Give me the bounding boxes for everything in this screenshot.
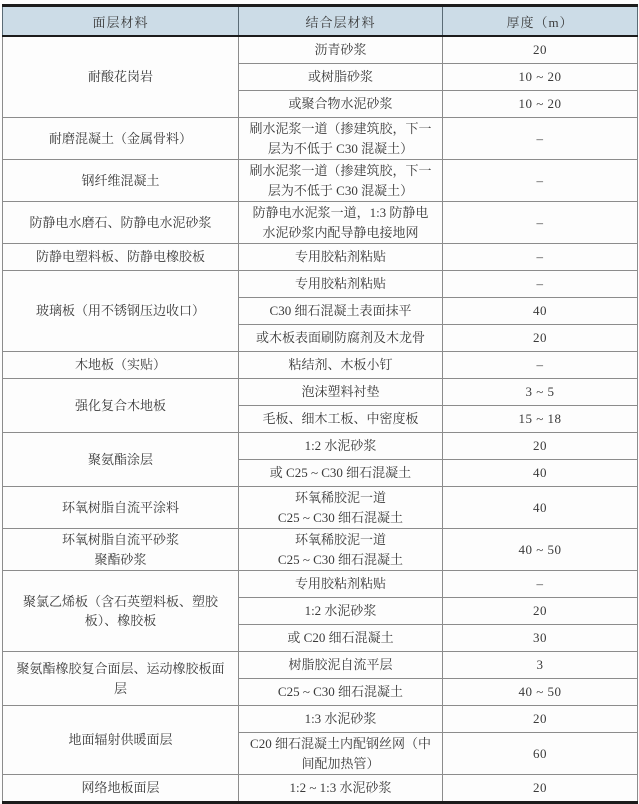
table-row: 聚氨酯涂层1:2 水泥砂浆20 bbox=[3, 433, 638, 460]
bonding-material-cell: C25 ~ C30 细石混凝土 bbox=[239, 679, 443, 706]
thickness-cell: – bbox=[443, 571, 638, 598]
surface-material-cell: 地面辐射供暖面层 bbox=[3, 706, 239, 775]
bonding-material-cell: 树脂胶泥自流平层 bbox=[239, 652, 443, 679]
document-page: 面层材料 结合层材料 厚度（m） 耐酸花岗岩沥青砂浆20或树脂砂浆10 ~ 20… bbox=[0, 0, 639, 755]
bonding-material-cell: 毛板、细木工板、中密度板 bbox=[239, 406, 443, 433]
table-row: 耐酸花岗岩沥青砂浆20 bbox=[3, 36, 638, 64]
bonding-material-cell: 环氧稀胶泥一道 C25 ~ C30 细石混凝土 bbox=[239, 487, 443, 529]
surface-material-cell: 耐磨混凝土（金属骨料） bbox=[3, 118, 239, 160]
thickness-cell: 10 ~ 20 bbox=[443, 64, 638, 91]
bonding-material-cell: 1:2 水泥砂浆 bbox=[239, 598, 443, 625]
table-row: 聚氨酯橡胶复合面层、运动橡胶板面层树脂胶泥自流平层3 bbox=[3, 652, 638, 679]
table-row: 地面辐射供暖面层1:3 水泥砂浆20 bbox=[3, 706, 638, 733]
table-header: 面层材料 结合层材料 厚度（m） bbox=[3, 6, 638, 37]
surface-material-cell: 网络地板面层 bbox=[3, 775, 239, 803]
surface-material-cell: 环氧树脂自流平砂浆 聚酯砂浆 bbox=[3, 529, 239, 571]
bonding-material-cell: 专用胶粘剂粘贴 bbox=[239, 571, 443, 598]
bonding-material-cell: 或木板表面刷防腐剂及木龙骨 bbox=[239, 325, 443, 352]
table-row: 玻璃板（用不锈钢压边收口）专用胶粘剂粘贴– bbox=[3, 271, 638, 298]
table-row: 环氧树脂自流平砂浆 聚酯砂浆环氧稀胶泥一道 C25 ~ C30 细石混凝土40 … bbox=[3, 529, 638, 571]
bonding-material-cell: 专用胶粘剂粘贴 bbox=[239, 271, 443, 298]
bonding-material-cell: 1:2 ~ 1:3 水泥砂浆 bbox=[239, 775, 443, 803]
thickness-cell: – bbox=[443, 202, 638, 244]
table-body: 耐酸花岗岩沥青砂浆20或树脂砂浆10 ~ 20或聚合物水泥砂浆10 ~ 20耐磨… bbox=[3, 36, 638, 803]
surface-material-cell: 聚氯乙烯板（含石英塑料板、塑胶板）、橡胶板 bbox=[3, 571, 239, 652]
column-header-bonding-material: 结合层材料 bbox=[239, 6, 443, 37]
surface-material-cell: 耐酸花岗岩 bbox=[3, 36, 239, 118]
column-header-surface-material: 面层材料 bbox=[3, 6, 239, 37]
thickness-cell: 40 bbox=[443, 487, 638, 529]
surface-material-cell: 聚氨酯涂层 bbox=[3, 433, 239, 487]
bonding-material-cell: 或 C25 ~ C30 细石混凝土 bbox=[239, 460, 443, 487]
thickness-cell: 40 bbox=[443, 460, 638, 487]
thickness-cell: – bbox=[443, 271, 638, 298]
thickness-cell: 40 ~ 50 bbox=[443, 679, 638, 706]
table-row: 防静电塑料板、防静电橡胶板专用胶粘剂粘贴– bbox=[3, 244, 638, 271]
thickness-cell: 15 ~ 18 bbox=[443, 406, 638, 433]
thickness-cell: 20 bbox=[443, 706, 638, 733]
bonding-material-cell: 防静电水泥浆一道，1:3 防静电水泥砂浆内配导静电接地网 bbox=[239, 202, 443, 244]
surface-material-cell: 强化复合木地板 bbox=[3, 379, 239, 433]
thickness-cell: 20 bbox=[443, 36, 638, 64]
thickness-cell: 30 bbox=[443, 625, 638, 652]
bonding-material-cell: C20 细石混凝土内配钢丝网（中间配加热管） bbox=[239, 733, 443, 775]
bonding-material-cell: 1:3 水泥砂浆 bbox=[239, 706, 443, 733]
bonding-material-cell: 刷水泥浆一道（掺建筑胶，下一层为不低于 C30 混凝土） bbox=[239, 160, 443, 202]
thickness-cell: 20 bbox=[443, 775, 638, 803]
header-row: 面层材料 结合层材料 厚度（m） bbox=[3, 6, 638, 37]
surface-material-cell: 钢纤维混凝土 bbox=[3, 160, 239, 202]
thickness-cell: 20 bbox=[443, 325, 638, 352]
bonding-material-cell: 或树脂砂浆 bbox=[239, 64, 443, 91]
table-row: 防静电水磨石、防静电水泥砂浆防静电水泥浆一道，1:3 防静电水泥砂浆内配导静电接… bbox=[3, 202, 638, 244]
thickness-cell: 40 bbox=[443, 298, 638, 325]
thickness-cell: – bbox=[443, 160, 638, 202]
thickness-cell: – bbox=[443, 118, 638, 160]
bonding-material-cell: 沥青砂浆 bbox=[239, 36, 443, 64]
thickness-cell: 40 ~ 50 bbox=[443, 529, 638, 571]
surface-material-cell: 防静电塑料板、防静电橡胶板 bbox=[3, 244, 239, 271]
table-row: 强化复合木地板泡沫塑料衬垫3 ~ 5 bbox=[3, 379, 638, 406]
bonding-material-cell: C30 细石混凝土表面抹平 bbox=[239, 298, 443, 325]
thickness-cell: 10 ~ 20 bbox=[443, 91, 638, 118]
thickness-cell: 60 bbox=[443, 733, 638, 775]
table-row: 网络地板面层1:2 ~ 1:3 水泥砂浆20 bbox=[3, 775, 638, 803]
thickness-cell: – bbox=[443, 352, 638, 379]
column-header-thickness: 厚度（m） bbox=[443, 6, 638, 37]
bonding-material-cell: 环氧稀胶泥一道 C25 ~ C30 细石混凝土 bbox=[239, 529, 443, 571]
thickness-cell: 20 bbox=[443, 598, 638, 625]
surface-material-cell: 环氧树脂自流平涂料 bbox=[3, 487, 239, 529]
table-row: 耐磨混凝土（金属骨料）刷水泥浆一道（掺建筑胶，下一层为不低于 C30 混凝土）– bbox=[3, 118, 638, 160]
surface-material-cell: 聚氨酯橡胶复合面层、运动橡胶板面层 bbox=[3, 652, 239, 706]
bonding-material-cell: 或聚合物水泥砂浆 bbox=[239, 91, 443, 118]
bonding-material-cell: 专用胶粘剂粘贴 bbox=[239, 244, 443, 271]
thickness-cell: 20 bbox=[443, 433, 638, 460]
bonding-material-cell: 1:2 水泥砂浆 bbox=[239, 433, 443, 460]
surface-material-cell: 木地板（实贴） bbox=[3, 352, 239, 379]
surface-material-cell: 玻璃板（用不锈钢压边收口） bbox=[3, 271, 239, 352]
table-row: 环氧树脂自流平涂料环氧稀胶泥一道 C25 ~ C30 细石混凝土40 bbox=[3, 487, 638, 529]
bonding-material-cell: 粘结剂、木板小钉 bbox=[239, 352, 443, 379]
thickness-cell: 3 ~ 5 bbox=[443, 379, 638, 406]
surface-material-cell: 防静电水磨石、防静电水泥砂浆 bbox=[3, 202, 239, 244]
flooring-materials-table: 面层材料 结合层材料 厚度（m） 耐酸花岗岩沥青砂浆20或树脂砂浆10 ~ 20… bbox=[2, 4, 638, 804]
table-row: 聚氯乙烯板（含石英塑料板、塑胶板）、橡胶板专用胶粘剂粘贴– bbox=[3, 571, 638, 598]
table-row: 木地板（实贴）粘结剂、木板小钉– bbox=[3, 352, 638, 379]
thickness-cell: – bbox=[443, 244, 638, 271]
table-row: 钢纤维混凝土刷水泥浆一道（掺建筑胶，下一层为不低于 C30 混凝土）– bbox=[3, 160, 638, 202]
bonding-material-cell: 或 C20 细石混凝土 bbox=[239, 625, 443, 652]
thickness-cell: 3 bbox=[443, 652, 638, 679]
bonding-material-cell: 泡沫塑料衬垫 bbox=[239, 379, 443, 406]
bonding-material-cell: 刷水泥浆一道（掺建筑胶，下一层为不低于 C30 混凝土） bbox=[239, 118, 443, 160]
